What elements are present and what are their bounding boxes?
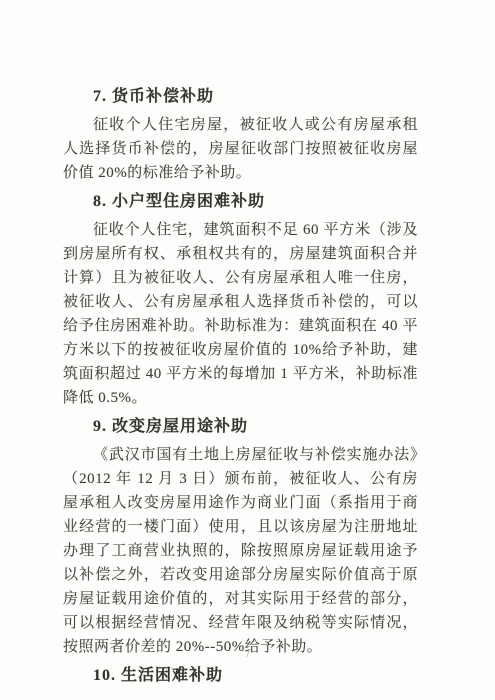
section-paragraph: 征收个人住宅，建筑面积不足 60 平方米（涉及到房屋所有权、承租权共有的，房屋建…	[63, 218, 418, 410]
section-heading: 8. 小户型住房困难补助	[63, 190, 418, 214]
page-number: 7	[0, 649, 495, 659]
section-heading: 7. 货币补偿补助	[63, 85, 418, 109]
scanned-document-page: 7. 货币补偿补助 征收个人住宅房屋，被征收人或公有房屋承租人选择货币补偿的，房…	[0, 0, 495, 700]
section-heading: 9. 改变房屋用途补助	[63, 415, 418, 439]
section-living-hardship-subsidy: 10. 生活困难补助	[63, 664, 418, 688]
section-heading: 10. 生活困难补助	[63, 664, 418, 688]
section-small-unit-housing-hardship-subsidy: 8. 小户型住房困难补助 征收个人住宅，建筑面积不足 60 平方米（涉及到房屋所…	[63, 190, 418, 410]
section-paragraph: 《武汉市国有土地上房屋征收与补偿实施办法》（2012 年 12 月 3 日）颁布…	[63, 443, 418, 659]
section-paragraph: 征收个人住宅房屋，被征收人或公有房屋承租人选择货币补偿的，房屋征收部门按照被征收…	[63, 113, 418, 185]
document-body: 7. 货币补偿补助 征收个人住宅房屋，被征收人或公有房屋承租人选择货币补偿的，房…	[63, 85, 418, 693]
section-changed-building-use-subsidy: 9. 改变房屋用途补助 《武汉市国有土地上房屋征收与补偿实施办法》（2012 年…	[63, 415, 418, 659]
section-monetary-compensation-subsidy: 7. 货币补偿补助 征收个人住宅房屋，被征收人或公有房屋承租人选择货币补偿的，房…	[63, 85, 418, 185]
